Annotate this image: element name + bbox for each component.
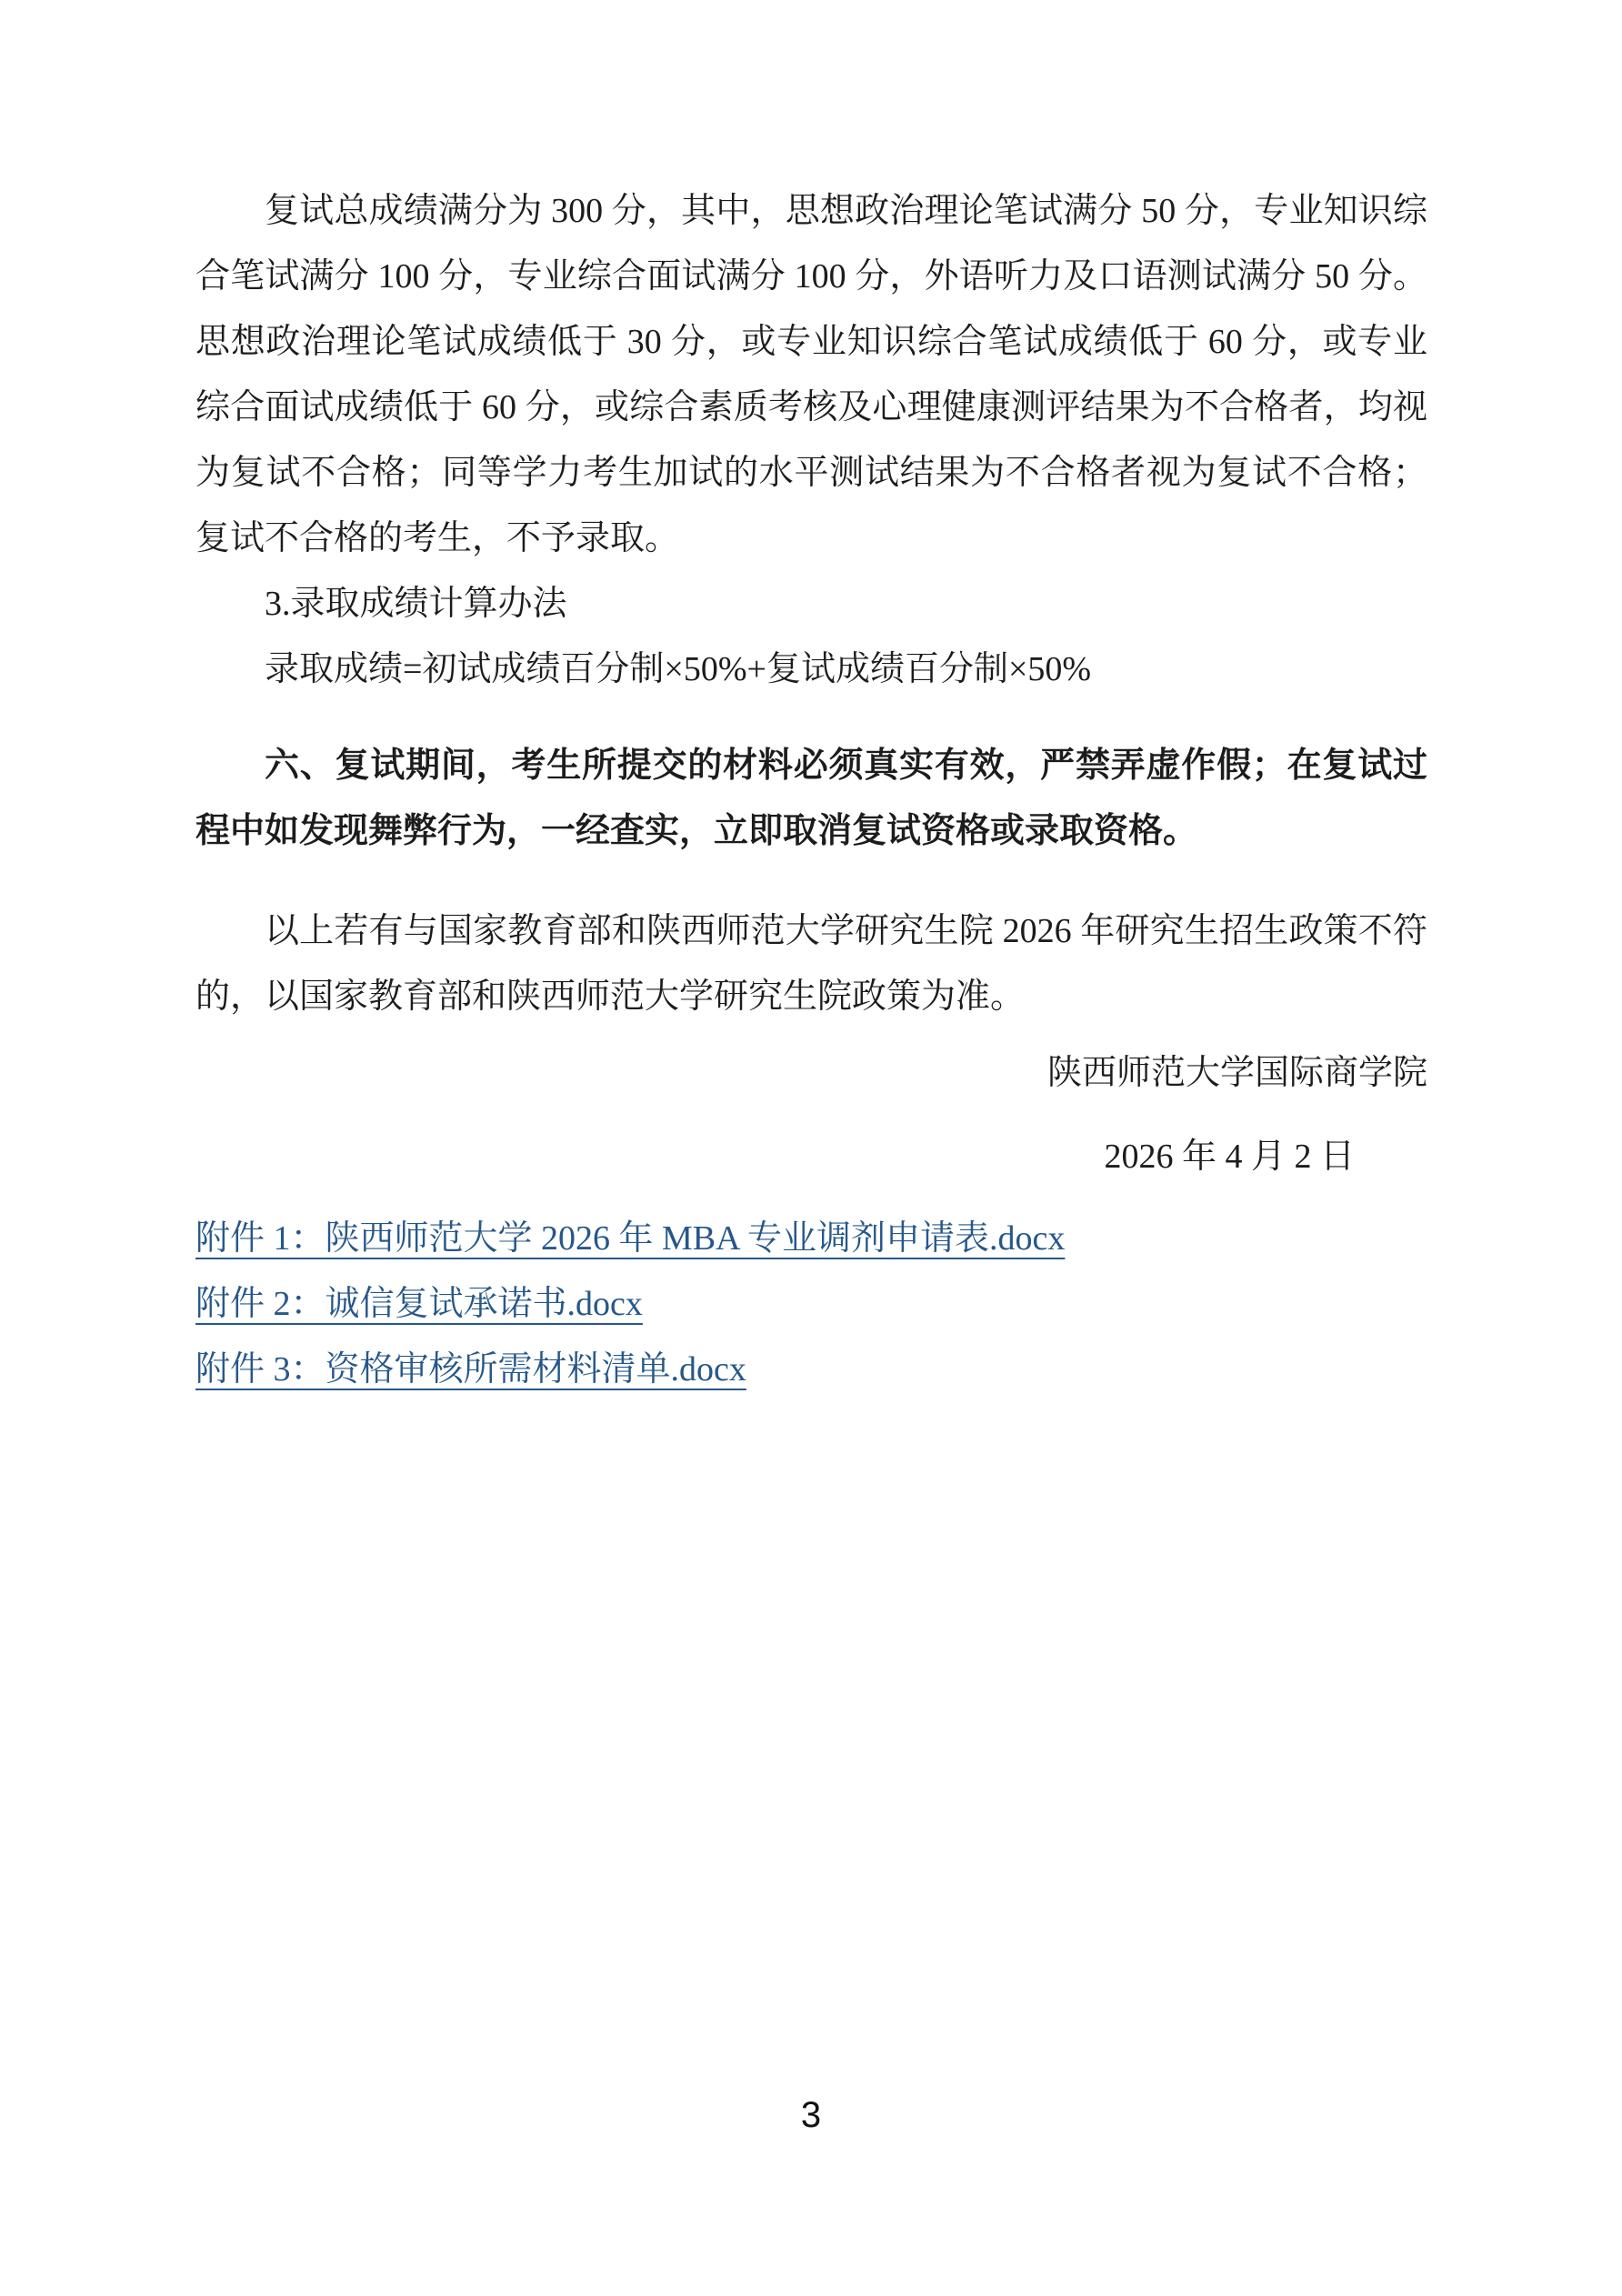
- attachment-row: 附件 1：陕西师范大学 2026 年 MBA 专业调剂申请表.docx: [195, 1206, 1427, 1271]
- signature-school-name: 陕西师范大学国际商学院: [195, 1040, 1427, 1106]
- signature-date: 2026 年 4 月 2 日: [195, 1124, 1427, 1189]
- attachment-link-3[interactable]: 附件 3：资格审核所需材料清单.docx: [195, 1350, 746, 1389]
- page-number: 3: [0, 2093, 1622, 2137]
- attachment-link-2[interactable]: 附件 2：诚信复试承诺书.docx: [195, 1285, 643, 1323]
- attachment-link-1[interactable]: 附件 1：陕西师范大学 2026 年 MBA 专业调剂申请表.docx: [195, 1219, 1065, 1258]
- document-body: 复试总成绩满分为 300 分，其中，思想政治理论笔试满分 50 分，专业知识综合…: [195, 178, 1427, 1402]
- score-rules-paragraph: 复试总成绩满分为 300 分，其中，思想政治理论笔试满分 50 分，专业知识综合…: [195, 178, 1427, 571]
- attachment-row: 附件 2：诚信复试承诺书.docx: [195, 1271, 1427, 1337]
- document-page: 复试总成绩满分为 300 分，其中，思想政治理论笔试满分 50 分，专业知识综合…: [0, 0, 1622, 2296]
- policy-disclaimer-paragraph: 以上若有与国家教育部和陕西师范大学研究生院 2026 年研究生招生政策不符的，以…: [195, 898, 1427, 1029]
- admission-score-formula: 录取成绩=初试成绩百分制×50%+复试成绩百分制×50%: [195, 637, 1427, 702]
- attachment-links: 附件 1：陕西师范大学 2026 年 MBA 专业调剂申请表.docx 附件 2…: [195, 1206, 1427, 1402]
- item3-heading: 3.录取成绩计算办法: [195, 571, 1427, 637]
- attachment-row: 附件 3：资格审核所需材料清单.docx: [195, 1337, 1427, 1402]
- section6-integrity-statement: 六、复试期间，考生所提交的材料必须真实有效，严禁弄虚作假；在复试过程中如发现舞弊…: [195, 733, 1427, 864]
